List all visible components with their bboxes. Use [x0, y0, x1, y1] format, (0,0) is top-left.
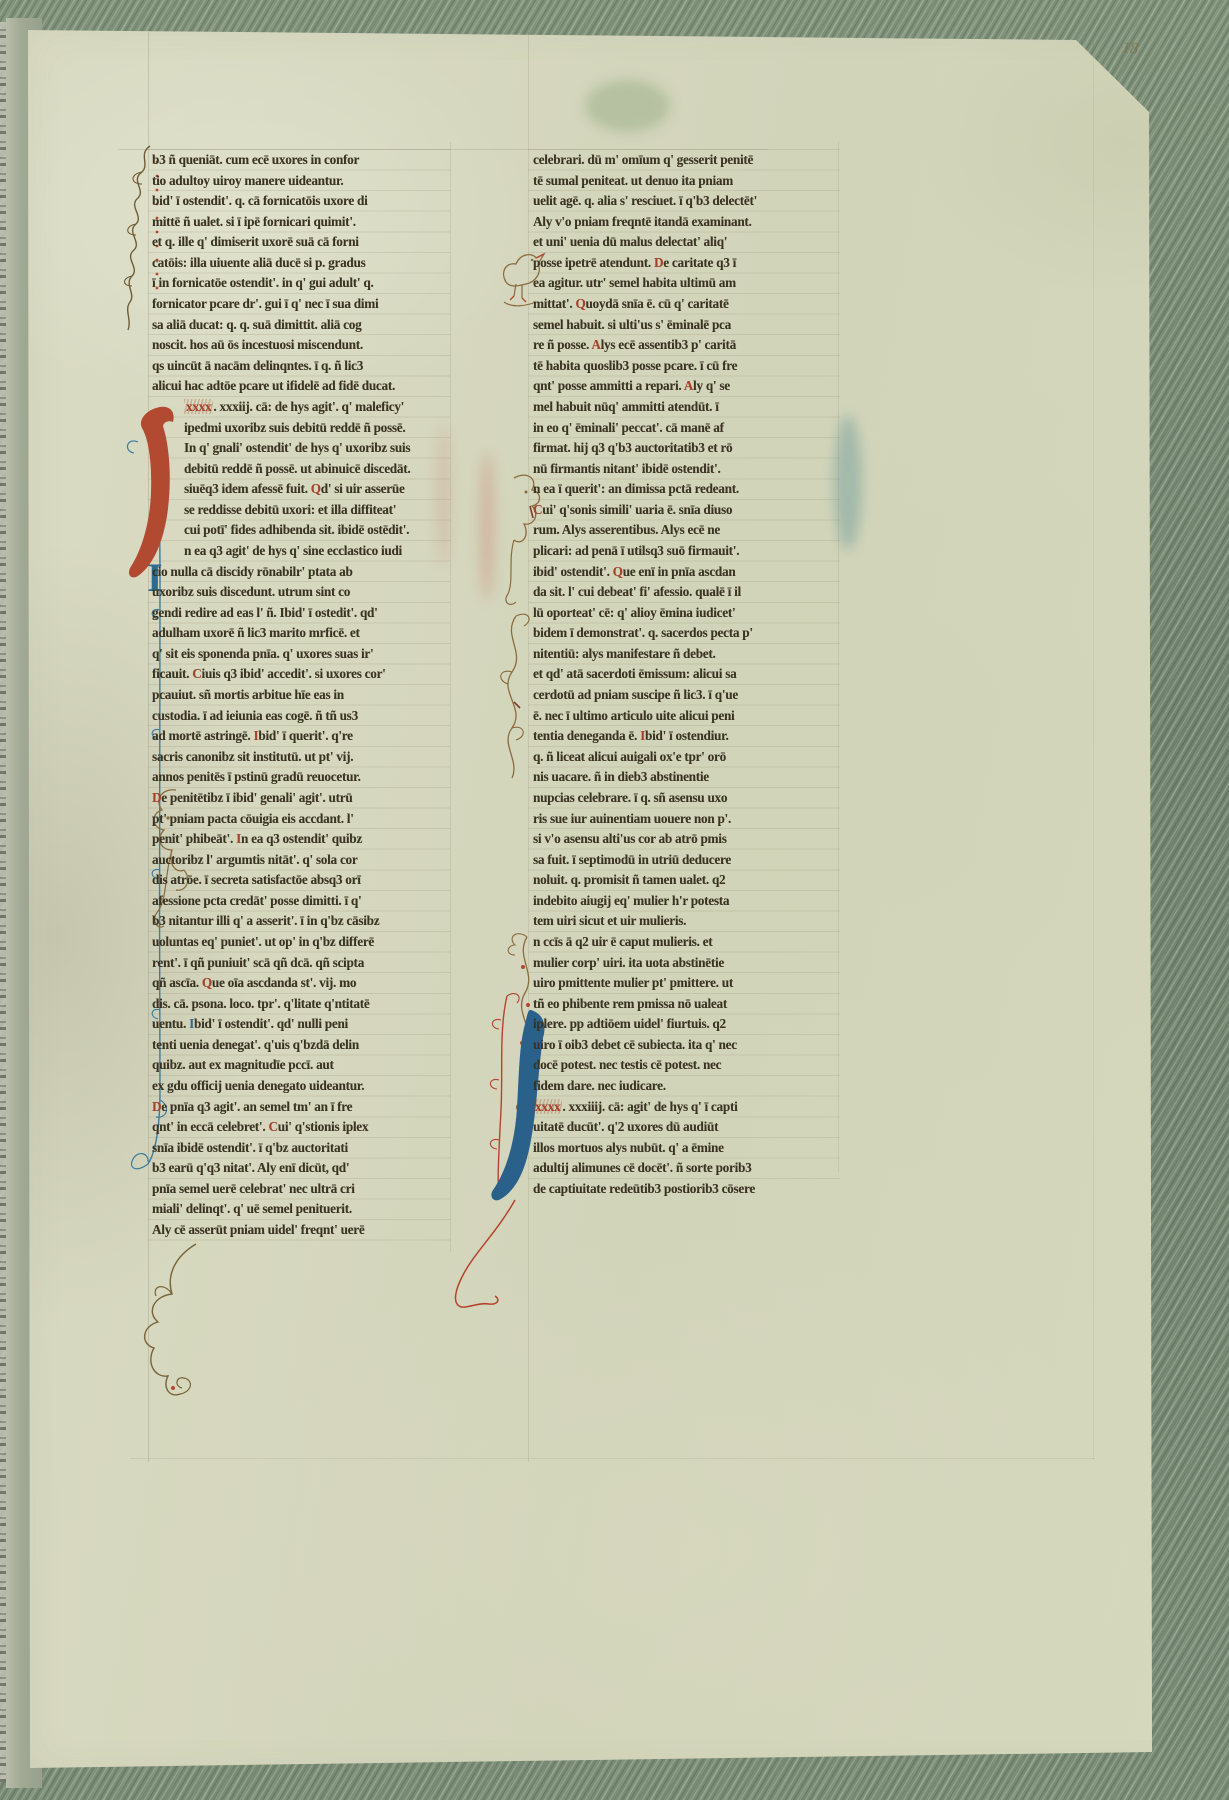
text-line: iplere. pp adtiōem uidel' fiurtuis. q2 — [533, 1014, 837, 1035]
text-line: firmat. hij q3 q'b3 auctoritatib3 et rō — [533, 438, 837, 459]
text-line: mittē ñ ualet. si ī ipē fornicari quimit… — [152, 212, 450, 233]
text-segment: ibid' ostendit'. — [533, 564, 613, 579]
text-line: nitentiū: alys manifestare ñ debet. — [533, 644, 837, 665]
text-line: tenti uenia denegat'. q'uis q'bzdā delin — [152, 1035, 450, 1056]
text-segment: iplere. pp adtiōem uidel' fiurtuis. q2 — [533, 1016, 726, 1031]
text-segment: tenti uenia denegat'. q'uis q'bzdā delin — [152, 1037, 359, 1052]
ruling-horizontal-bottom — [130, 1458, 1095, 1459]
text-line: ficauit. Ciuis q3 ibid' accedit'. si uxo… — [152, 664, 450, 685]
text-segment: annos penitēs ī pstinū gradū reuocetur. — [152, 769, 361, 784]
text-segment: ly q' se — [693, 378, 730, 393]
text-segment: mel habuit nūq' ammitti atendūt. ī — [533, 399, 719, 414]
manuscript-photo: I b3 ñ queniāt. cum ecē u — [0, 0, 1229, 1800]
text-line: b3 earū q'q3 nitat'. Aly enī dicūt, qd' — [152, 1158, 450, 1179]
text-line: snīa ibidē ostendit'. ī q'bz auctoritati — [152, 1138, 450, 1159]
text-segment: bid' ī ostendiur. — [645, 728, 729, 743]
text-segment: q' sit eis sponenda pnīa. q' uxores suas… — [152, 646, 373, 661]
text-line: In q' gnali' ostendit' de hys q' uxoribz… — [152, 438, 450, 459]
text-segment: ris sue iur auinentiam uouere non p'. — [533, 811, 731, 826]
text-line: dis. cā. psona. loco. tpr'. q'litate q'n… — [152, 994, 450, 1015]
text-segment: d' si uir asserūe — [321, 481, 405, 496]
text-segment: tñ eo phibente rem pmissa nō ualeat — [533, 996, 727, 1011]
text-segment: mittē ñ ualet. si ī ipē fornicari quimit… — [152, 214, 356, 229]
text-line: mel habuit nūq' ammitti atendūt. ī — [533, 397, 837, 418]
text-line: qñ ascīa. Que oīa ascdanda st'. vij. mo — [152, 973, 450, 994]
rubric-segment: Q — [311, 481, 321, 496]
text-line: mulier corp' uiri. ita uota abstinētie — [533, 953, 837, 974]
text-segment: cio nulla cā discidy rōnabilr' ptata ab — [152, 564, 353, 579]
text-segment: se reddisse debitū uxori: et illa diffit… — [184, 502, 396, 517]
text-segment: pnīa semel uerē celebrat' nec ultrā cri — [152, 1181, 355, 1196]
text-segment: de captiuitate redeūtib3 postiorib3 cōse… — [533, 1181, 755, 1196]
text-segment: ad mortē astringē. — [152, 728, 253, 743]
text-segment: quibz. aut ex magnitudīe pccī. aut — [152, 1057, 334, 1072]
pink-show-through-stain — [479, 452, 495, 600]
rubric-segment: Q — [575, 296, 585, 311]
text-segment: ī in fornicatōe ostendit'. in q' gui adu… — [152, 275, 374, 290]
text-line: custodia. ī ad ieiunia eas cogē. ñ tñ us… — [152, 706, 450, 727]
text-line: uiro pmittente mulier pt' pmittere. ut — [533, 973, 837, 994]
folio-number: 18 — [1121, 39, 1139, 59]
text-segment: qnt' posse ammitti a repari. — [533, 378, 684, 393]
text-segment: Aly cē asserūt pniam uidel' freqnt' uerē — [152, 1222, 364, 1237]
text-segment: miali' delinqt'. q' uē semel penituerit. — [152, 1201, 352, 1216]
text-line: sa fuit. ī septimodū in utriū deducere — [533, 850, 837, 871]
text-line: ea agitur. utr' semel habita ultimū am — [533, 273, 837, 294]
text-line: De penitētibz ī ibid' genali' agit'. utr… — [152, 788, 450, 809]
text-segment: alicui hac adtōe pcare ut ifidelē ad fid… — [152, 378, 395, 393]
text-segment: qnt' in eccā celebret'. — [152, 1119, 268, 1134]
text-segment: penit' phibeāt'. — [152, 831, 236, 846]
text-segment: bid' ī querit'. q're — [258, 728, 352, 743]
rubric-segment: Q — [202, 975, 212, 990]
text-segment: mittat'. — [533, 296, 575, 311]
text-segment: b3 earū q'q3 nitat'. Aly enī dicūt, qd' — [152, 1160, 349, 1175]
text-line: quibz. aut ex magnitudīe pccī. aut — [152, 1055, 450, 1076]
text-segment: uoydā snīa ē. cū q' caritatē — [585, 296, 728, 311]
text-segment: e caritate q3 ī — [663, 255, 736, 270]
text-line: fidem dare. nec iudicare. — [533, 1076, 837, 1097]
text-segment: in eo q' ēminali' peccat'. cā manē af — [533, 420, 724, 435]
bottom-leaf-doodle — [126, 1238, 216, 1403]
rubric-segment: D — [152, 1099, 161, 1114]
text-segment: tentia deneganda ē. — [533, 728, 640, 743]
text-line: afessione pcta credāt' posse dimitti. ī … — [152, 891, 450, 912]
text-line: uxoribz suis discedunt. utrum sint co — [152, 582, 450, 603]
text-segment: qs uincūt ā nacām delinqntes. ī q. ñ lic… — [152, 358, 363, 373]
text-line: se reddisse debitū uxori: et illa diffit… — [152, 500, 450, 521]
text-segment: ex gdu officij uenia denegato uideantur. — [152, 1078, 364, 1093]
text-segment: . xxxiij. cā: de hys agit'. q' maleficy' — [213, 399, 404, 414]
text-segment: cerdotū ad pniam suscipe ñ lic3. ī q'ue — [533, 687, 738, 702]
text-line: rent'. ī qñ puniuit' scā qñ dcā. qñ scip… — [152, 953, 450, 974]
text-segment: noscit. hos aū ōs incestuosi miscendunt. — [152, 337, 363, 352]
text-segment: n ea ī querit': an dimissa pctā redeant. — [533, 481, 739, 496]
text-line: re ñ posse. Alys ecē assentib3 p' caritā — [533, 335, 837, 356]
text-segment: semel habuit. si ulti'us s' ēminalē pca — [533, 317, 731, 332]
text-line: Cui' q'sonis simili' uaria ē. snīa diuso — [533, 500, 837, 521]
text-segment: pcauiut. sñ mortis arbitue hīe eas in — [152, 687, 344, 702]
text-line: tñ eo phibente rem pmissa nō ualeat — [533, 994, 837, 1015]
text-segment: bid' ī ostendit'. q. cā fornicatōis uxor… — [152, 193, 368, 208]
text-segment: uiro pmittente mulier pt' pmittere. ut — [533, 975, 733, 990]
text-line: qs uincūt ā nacām delinqntes. ī q. ñ lic… — [152, 356, 450, 377]
text-line: bidem ī demonstrat'. q. sacerdos pecta p… — [533, 623, 837, 644]
text-segment: n ea q3 agit' de hys q' sine ecclastico … — [184, 543, 402, 558]
text-segment: Aly v'o pniam freqntē itandā examinant. — [533, 214, 752, 229]
text-segment: lys ecē assentib3 p' caritā — [601, 337, 736, 352]
text-segment: mulier corp' uiri. ita uota abstinētie — [533, 955, 724, 970]
text-line: et uni' uenia dū malus delectat' aliq' — [533, 232, 837, 253]
text-segment: e penitētibz ī ibid' genali' agit'. utrū — [161, 790, 352, 805]
text-segment: nis uacare. ñ in dieb3 abstinentie — [533, 769, 709, 784]
text-line: rum. Alys asserentibus. Alys ecē ne — [533, 520, 837, 541]
text-segment: qñ ascīa. — [152, 975, 202, 990]
text-line: n ea ī querit': an dimissa pctā redeant. — [533, 479, 837, 500]
text-segment: celebrari. dū m' omīum q' gesserit penit… — [533, 152, 753, 167]
text-segment: In q' gnali' ostendit' de hys q' uxoribz… — [184, 440, 410, 455]
text-segment: ui' q'stionis iplex — [278, 1119, 369, 1134]
text-segment: bid' ī ostendit'. qd' nulli peni — [194, 1016, 348, 1031]
text-line: sa aliā ducat: q. q. suā dimittit. aliā … — [152, 315, 450, 336]
text-segment: uxoribz suis discedunt. utrum sint co — [152, 584, 350, 599]
text-line: pt' pniam pacta cōuigia eis accdant. l' — [152, 809, 450, 830]
rubric-segment: Q — [613, 564, 623, 579]
text-segment: dis atrōe. ī secreta satisfactōe absq3 o… — [152, 872, 361, 887]
text-segment: adultij alimunes cē docēt'. ñ sorte pori… — [533, 1160, 751, 1175]
text-line: q' sit eis sponenda pnīa. q' uxores suas… — [152, 644, 450, 665]
text-line: uiro ī oib3 debet cē subiecta. ita q' ne… — [533, 1035, 837, 1056]
text-segment: et uni' uenia dū malus delectat' aliq' — [533, 234, 727, 249]
text-segment: n ea q3 ostendit' quibz — [241, 831, 362, 846]
text-line: ipedmi uxoribz suis debitū reddē ñ possē… — [152, 418, 450, 439]
text-line: qnt' in eccā celebret'. Cui' q'stionis i… — [152, 1117, 450, 1138]
text-segment: q. ñ liceat alicui auigali ox'e tpr' orō — [533, 749, 726, 764]
text-segment: snīa ibidē ostendit'. ī q'bz auctoritati — [152, 1140, 348, 1155]
text-line: uitatē ducūt'. q'2 uxores dū audiūt — [533, 1117, 837, 1138]
text-line: Aly cē asserūt pniam uidel' freqnt' uerē — [152, 1220, 450, 1241]
text-segment: et q. ille q' dimiserit uxorē suā cā for… — [152, 234, 359, 249]
text-line: b3 nitantur illi q' a asserit'. ī in q'b… — [152, 911, 450, 932]
text-line: nū firmantis nitant' ibidē ostendit'. — [533, 459, 837, 480]
text-segment: e pnīa q3 agit'. an semel tm' an ī fre — [161, 1099, 352, 1114]
text-segment: rent'. ī qñ puniuit' scā qñ dcā. qñ scip… — [152, 955, 364, 970]
text-segment: debitū reddē ñ possē. ut abinuicē disced… — [184, 461, 410, 476]
text-line: annos penitēs ī pstinū gradū reuocetur. — [152, 767, 450, 788]
text-segment: docē potest. nec testis cē potest. nec — [533, 1057, 721, 1072]
text-line: noscit. hos aū ōs incestuosi miscendunt. — [152, 335, 450, 356]
text-column-left: b3 ñ queniāt. cum ecē uxores in conforti… — [152, 150, 450, 1241]
text-segment: uentu. — [152, 1016, 189, 1031]
text-line: debitū reddē ñ possē. ut abinuicē disced… — [152, 459, 450, 480]
text-segment: illos mortuos alys nubūt. q' a ēmine — [533, 1140, 724, 1155]
text-line: q. ñ liceat alicui auigali ox'e tpr' orō — [533, 747, 837, 768]
rubric-segment: A — [684, 378, 693, 393]
text-line: alicui hac adtōe pcare ut ifidelē ad fid… — [152, 376, 450, 397]
text-segment: ui' q'sonis simili' uaria ē. snīa diuso — [542, 502, 732, 517]
text-line: et q. ille q' dimiserit uxorē suā cā for… — [152, 232, 450, 253]
text-segment: fidem dare. nec iudicare. — [533, 1078, 666, 1093]
text-line: tē habita quoslib3 posse pcare. ī cū fre — [533, 356, 837, 377]
text-line: nis uacare. ñ in dieb3 abstinentie — [533, 767, 837, 788]
rubric-segment: xxxx — [184, 399, 213, 414]
text-line: miali' delinqt'. q' uē semel penituerit. — [152, 1199, 450, 1220]
text-line: cui potī' fides adhibenda sit. ibidē ost… — [152, 520, 450, 541]
text-line: uelit agē. q. alia s' resciuet. ī q'b3 d… — [533, 191, 837, 212]
text-segment: nitentiū: alys manifestare ñ debet. — [533, 646, 716, 661]
text-column-right: celebrari. dū m' omīum q' gesserit penit… — [533, 150, 837, 1199]
ruling-vertical — [838, 142, 839, 1172]
text-line: tē sumal peniteat. ut denuo ita pniam — [533, 171, 837, 192]
text-line: cerdotū ad pniam suscipe ñ lic3. ī q'ue — [533, 685, 837, 706]
text-segment: ē. nec ī ultimo articulo uite alicui pen… — [533, 708, 734, 723]
text-line: siuēq3 idem afessē fuit. Qd' si uir asse… — [152, 479, 450, 500]
rubric-segment: C — [268, 1119, 277, 1134]
text-segment: nū firmantis nitant' ibidē ostendit'. — [533, 461, 721, 476]
text-segment: lū oporteat' cē: q' alioy ēmina iudicet' — [533, 605, 735, 620]
text-line: De pnīa q3 agit'. an semel tm' an ī fre — [152, 1097, 450, 1118]
text-segment: da sit. l' cui debeat' fi' afessio. qual… — [533, 584, 741, 599]
text-line: catōis: illa uiuente aliā ducē si p. gra… — [152, 253, 450, 274]
text-line: ad mortē astringē. Ibid' ī querit'. q're — [152, 726, 450, 747]
text-segment: si v'o asensu alti'us cor ab atrō pmis — [533, 831, 727, 846]
text-segment: uoluntas eq' puniet'. ut op' in q'bz dif… — [152, 934, 374, 949]
text-line: Aly v'o pniam freqntē itandā examinant. — [533, 212, 837, 233]
text-segment: sa fuit. ī septimodū in utriū deducere — [533, 852, 731, 867]
text-line: ī in fornicatōe ostendit'. in q' gui adu… — [152, 273, 450, 294]
rubric-segment: C — [533, 502, 542, 517]
text-line: de captiuitate redeūtib3 postiorib3 cōse… — [533, 1179, 837, 1200]
text-line: ris sue iur auinentiam uouere non p'. — [533, 809, 837, 830]
text-line: adultij alimunes cē docēt'. ñ sorte pori… — [533, 1158, 837, 1179]
text-segment: rum. Alys asserentibus. Alys ecē ne — [533, 522, 720, 537]
text-line: n ea q3 agit' de hys q' sine ecclastico … — [152, 541, 450, 562]
text-segment: ficauit. — [152, 666, 192, 681]
rubric-segment: A — [591, 337, 600, 352]
text-segment: . xxxiiij. cā: agit' de hys q' ī capti — [562, 1099, 737, 1114]
text-segment: ue enī in pnīa ascdan — [623, 564, 736, 579]
text-line: indebito aiugij eq' mulier h'r potesta — [533, 891, 837, 912]
text-segment: ue oīa ascdanda st'. vij. mo — [212, 975, 356, 990]
text-line: ibid' ostendit'. Que enī in pnīa ascdan — [533, 562, 837, 583]
text-segment: afessione pcta credāt' posse dimitti. ī … — [152, 893, 361, 908]
text-line: qnt' posse ammitti a repari. Aly q' se — [533, 376, 837, 397]
text-segment: cui potī' fides adhibenda sit. ibidē ost… — [184, 522, 409, 537]
text-line: uoluntas eq' puniet'. ut op' in q'bz dif… — [152, 932, 450, 953]
text-segment: tio adultoy uiroy manere uideantur. — [152, 173, 343, 188]
text-line: n ccīs ā q2 uir ē caput mulieris. et — [533, 932, 837, 953]
text-line: celebrari. dū m' omīum q' gesserit penit… — [533, 150, 837, 171]
text-segment: n ccīs ā q2 uir ē caput mulieris. et — [533, 934, 712, 949]
text-segment: et qd' atā sacerdoti ēmissum: alicui sa — [533, 666, 736, 681]
text-segment: catōis: illa uiuente aliā ducē si p. gra… — [152, 255, 365, 270]
rubric-segment: C — [192, 666, 201, 681]
text-line: gendi redire ad eas l' ñ. Ibid' ī ostedi… — [152, 603, 450, 624]
text-line: xxxx. xxxiiij. cā: agit' de hys q' ī cap… — [533, 1097, 837, 1118]
text-segment: sacris canonibz sit institutū. ut pt' vi… — [152, 749, 353, 764]
text-line: pnīa semel uerē celebrat' nec ultrā cri — [152, 1179, 450, 1200]
text-line: auctoribz l' argumtis nitāt'. q' sola co… — [152, 850, 450, 871]
text-line: lū oporteat' cē: q' alioy ēmina iudicet' — [533, 603, 837, 624]
text-line: mittat'. Quoydā snīa ē. cū q' caritatē — [533, 294, 837, 315]
text-segment: tem uiri sicut et uir mulieris. — [533, 913, 686, 928]
text-segment: gendi redire ad eas l' ñ. Ibid' ī ostedi… — [152, 605, 378, 620]
text-segment: b3 nitantur illi q' a asserit'. ī in q'b… — [152, 913, 379, 928]
text-line: sacris canonibz sit institutū. ut pt' vi… — [152, 747, 450, 768]
text-segment: auctoribz l' argumtis nitāt'. q' sola co… — [152, 852, 358, 867]
text-line: ē. nec ī ultimo articulo uite alicui pen… — [533, 706, 837, 727]
text-segment: b3 ñ queniāt. cum ecē uxores in confor — [152, 152, 359, 167]
text-line: uentu. Ibid' ī ostendit'. qd' nulli peni — [152, 1014, 450, 1035]
rubric-segment: D — [654, 255, 663, 270]
text-segment: re ñ posse. — [533, 337, 591, 352]
text-segment: dis. cā. psona. loco. tpr'. q'litate q'n… — [152, 996, 369, 1011]
text-line: in eo q' ēminali' peccat'. cā manē af — [533, 418, 837, 439]
rubric-segment: D — [152, 790, 161, 805]
text-line: b3 ñ queniāt. cum ecē uxores in confor — [152, 150, 450, 171]
text-segment: tē sumal peniteat. ut denuo ita pniam — [533, 173, 733, 188]
text-segment: uelit agē. q. alia s' resciuet. ī q'b3 d… — [533, 193, 757, 208]
rubric-segment: xxxx — [533, 1099, 562, 1114]
text-line: ex gdu officij uenia denegato uideantur. — [152, 1076, 450, 1097]
text-segment: plicari: ad penā ī utilsq3 suō firmauit'… — [533, 543, 739, 558]
text-line: semel habuit. si ulti'us s' ēminalē pca — [533, 315, 837, 336]
text-line: tentia deneganda ē. Ibid' ī ostendiur. — [533, 726, 837, 747]
text-segment: posse ipetrē atendunt. — [533, 255, 654, 270]
text-line: bid' ī ostendit'. q. cā fornicatōis uxor… — [152, 191, 450, 212]
text-segment: siuēq3 idem afessē fuit. — [184, 481, 311, 496]
text-line: nupcias celebrare. ī q. sñ asensu uxo — [533, 788, 837, 809]
text-segment: ipedmi uxoribz suis debitū reddē ñ possē… — [184, 420, 405, 435]
text-line: posse ipetrē atendunt. De caritate q3 ī — [533, 253, 837, 274]
text-line: noluit. q. promisit ñ tamen ualet. q2 — [533, 870, 837, 891]
text-line: plicari: ad penā ī utilsq3 suō firmauit'… — [533, 541, 837, 562]
text-line: si v'o asensu alti'us cor ab atrō pmis — [533, 829, 837, 850]
text-segment: tē habita quoslib3 posse pcare. ī cū fre — [533, 358, 737, 373]
text-line: pcauiut. sñ mortis arbitue hīe eas in — [152, 685, 450, 706]
text-line: adulham uxorē ñ lic3 marito mrficē. et — [152, 623, 450, 644]
text-line: da sit. l' cui debeat' fi' afessio. qual… — [533, 582, 837, 603]
text-line: illos mortuos alys nubūt. q' a ēmine — [533, 1138, 837, 1159]
green-stain — [585, 80, 670, 132]
text-segment: uitatē ducūt'. q'2 uxores dū audiūt — [533, 1119, 718, 1134]
text-segment: ea agitur. utr' semel habita ultimū am — [533, 275, 736, 290]
text-segment: adulham uxorē ñ lic3 marito mrficē. et — [152, 625, 360, 640]
text-line: tio adultoy uiroy manere uideantur. — [152, 171, 450, 192]
text-segment: nupcias celebrare. ī q. sñ asensu uxo — [533, 790, 727, 805]
text-segment: indebito aiugij eq' mulier h'r potesta — [533, 893, 729, 908]
text-segment: sa aliā ducat: q. q. suā dimittit. aliā … — [152, 317, 361, 332]
text-segment: fornicator pcare dr'. gui ī q' nec ī sua… — [152, 296, 378, 311]
text-segment: bidem ī demonstrat'. q. sacerdos pecta p… — [533, 625, 753, 640]
text-line: fornicator pcare dr'. gui ī q' nec ī sua… — [152, 294, 450, 315]
text-segment: firmat. hij q3 q'b3 auctoritatib3 et rō — [533, 440, 732, 455]
text-line: penit' phibeāt'. In ea q3 ostendit' quib… — [152, 829, 450, 850]
teal-show-through-stain — [834, 415, 862, 550]
text-segment: iuis q3 ibid' accedit'. si uxores cor' — [202, 666, 386, 681]
text-segment: pt' pniam pacta cōuigia eis accdant. l' — [152, 811, 354, 826]
text-line: docē potest. nec testis cē potest. nec — [533, 1055, 837, 1076]
text-segment: noluit. q. promisit ñ tamen ualet. q2 — [533, 872, 725, 887]
text-line: dis atrōe. ī secreta satisfactōe absq3 o… — [152, 870, 450, 891]
text-line: cio nulla cā discidy rōnabilr' ptata ab — [152, 562, 450, 583]
ruling-vertical — [1093, 40, 1094, 1460]
text-line: xxxx. xxxiij. cā: de hys agit'. q' malef… — [152, 397, 450, 418]
text-segment: uiro ī oib3 debet cē subiecta. ita q' ne… — [533, 1037, 737, 1052]
text-line: et qd' atā sacerdoti ēmissum: alicui sa — [533, 664, 837, 685]
text-line: tem uiri sicut et uir mulieris. — [533, 911, 837, 932]
gutter-vine-doodle — [486, 612, 538, 782]
text-segment: custodia. ī ad ieiunia eas cogē. ñ tñ us… — [152, 708, 358, 723]
